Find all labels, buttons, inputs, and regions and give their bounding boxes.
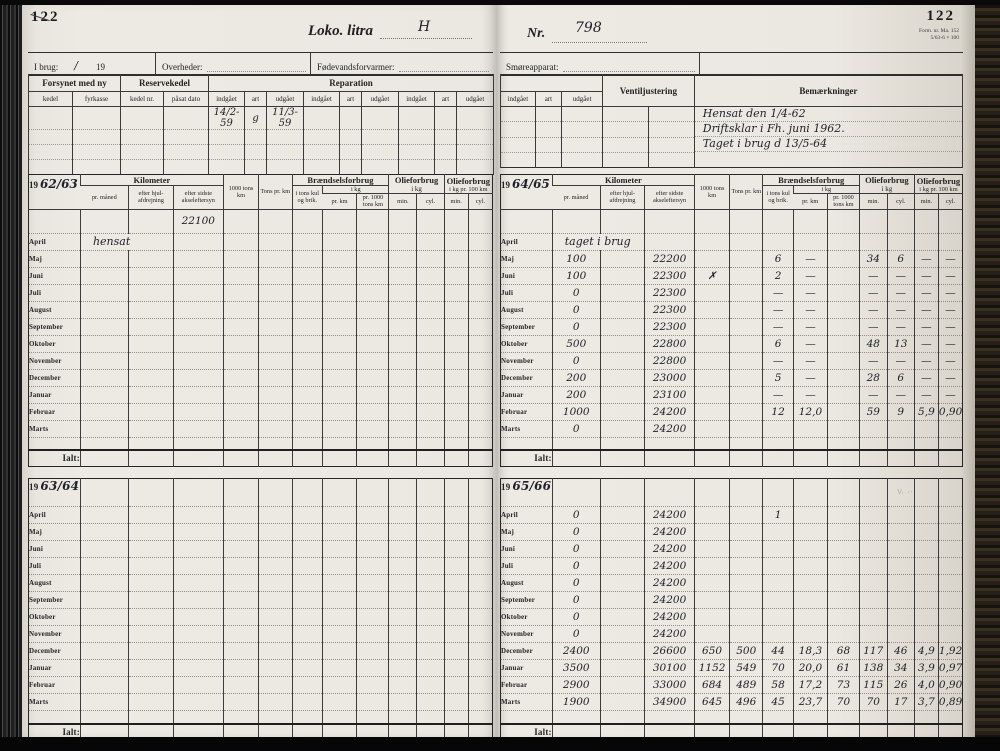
value-cell: [468, 335, 492, 352]
value-cell: [914, 609, 938, 626]
value-cell: 1900: [552, 694, 600, 711]
empty-cell: [362, 107, 399, 130]
value-cell: [129, 507, 174, 524]
value-cell: [323, 524, 357, 541]
value-cell: 59: [859, 403, 887, 420]
value-cell: [444, 609, 468, 626]
value-cell: [223, 643, 258, 660]
value-cell: 489: [730, 677, 763, 694]
value-cell: [389, 575, 417, 592]
repair-table-left: Forsynet med ny Reservekedel Reparation …: [28, 74, 493, 168]
value-cell: [730, 233, 763, 250]
value-cell: [417, 626, 444, 643]
smoreapparat-cell: Smøreapparat:: [500, 53, 700, 75]
empty-cell: [730, 711, 763, 724]
value-cell: [444, 450, 468, 466]
value-cell: [259, 592, 292, 609]
empty-cell: [292, 479, 323, 507]
month-label: Februar: [29, 677, 81, 694]
value-cell: [695, 420, 730, 437]
nr-label: Nr.: [527, 26, 545, 42]
value-cell: [292, 403, 323, 420]
value-cell: [292, 386, 323, 403]
value-cell: 70: [828, 694, 860, 711]
value-cell: [323, 233, 357, 250]
value-cell: [468, 558, 492, 575]
value-cell: [600, 575, 644, 592]
table-row: November024200: [501, 626, 963, 643]
repair-udgaet-value: 11/3-59: [267, 107, 304, 130]
value-cell: [793, 592, 827, 609]
remark-line: Taget i brug d 13/5-64: [695, 137, 962, 152]
year-prefix: 19: [501, 482, 510, 492]
form-number: Form. nr. Ma. 152 5/63-6 × 100: [919, 28, 959, 42]
value-cell: [323, 643, 357, 660]
value-cell: 45: [763, 694, 793, 711]
value-cell: [389, 694, 417, 711]
value-cell: [292, 609, 323, 626]
empty-cell: [645, 437, 695, 450]
remarks-cell: Hensat den 1/4-62 Driftsklar i Fh. juni …: [694, 107, 962, 168]
value-cell: [417, 267, 444, 284]
value-cell: [357, 626, 389, 643]
value-cell: 46: [887, 643, 914, 660]
empty-cell: [389, 437, 417, 450]
value-cell: [444, 592, 468, 609]
scan-edge-bottom: [0, 737, 1000, 751]
value-cell: [695, 575, 730, 592]
value-cell: [129, 386, 174, 403]
value-cell: [468, 660, 492, 677]
min-header: min.: [444, 194, 468, 209]
value-cell: [417, 250, 444, 267]
kedel-nr-label: kedel nr.: [121, 92, 164, 107]
table-row: Juni: [29, 267, 493, 284]
value-cell: [859, 450, 887, 466]
kilometer-header: Kilometer: [552, 175, 694, 186]
empty-cell: [828, 437, 860, 450]
value-cell: [80, 626, 128, 643]
value-cell: 100: [552, 250, 600, 267]
indgaet-label: indgået: [209, 92, 245, 107]
value-cell: [357, 450, 389, 466]
usage-table-wrap: 1962/63 Kilometer 1000 tons km Tons pr. …: [28, 174, 493, 467]
value-cell: [223, 660, 258, 677]
value-cell: [223, 541, 258, 558]
braendsel-header: Brændselsforbrug: [763, 175, 860, 186]
efter-hjul-header: efter hjul-afdrejning: [600, 186, 644, 210]
value-cell: [938, 524, 962, 541]
table-row: Oktober: [29, 335, 493, 352]
value-cell: [417, 558, 444, 575]
value-cell: [444, 524, 468, 541]
value-cell: [357, 233, 389, 250]
value-cell: 2400: [552, 643, 600, 660]
value-cell: [80, 609, 128, 626]
value-cell: [259, 694, 292, 711]
value-cell: 22800: [645, 352, 695, 369]
month-label: Februar: [29, 403, 81, 420]
value-cell: [389, 626, 417, 643]
value-cell: [357, 524, 389, 541]
empty-cell: [914, 437, 938, 450]
value-cell: [859, 609, 887, 626]
cyl-header: cyl.: [417, 194, 444, 209]
value-cell: 0,89: [938, 694, 962, 711]
value-cell: [323, 558, 357, 575]
value-cell: [129, 318, 174, 335]
empty-cell: [763, 479, 793, 507]
month-cell: [29, 437, 81, 450]
value-cell: [695, 335, 730, 352]
value-cell: 13: [887, 335, 914, 352]
table-row: [501, 437, 963, 450]
usage-table-1965-66: 1965/66April0242001Maj024200Juni024200Ju…: [500, 478, 963, 740]
month-label: Maj: [29, 524, 81, 541]
value-cell: [389, 592, 417, 609]
value-cell: 6: [887, 250, 914, 267]
art-label: art: [535, 92, 562, 107]
value-cell: [223, 694, 258, 711]
value-cell: [417, 524, 444, 541]
empty-cell: [323, 711, 357, 724]
month-label: Marts: [29, 694, 81, 711]
value-cell: [938, 450, 962, 466]
value-cell: [80, 541, 128, 558]
fyrkasse-label: fyrkasse: [73, 92, 121, 107]
value-cell: [828, 450, 860, 466]
value-cell: [292, 524, 323, 541]
value-cell: [444, 660, 468, 677]
value-cell: [357, 403, 389, 420]
empty-cell: [552, 437, 600, 450]
value-cell: [695, 318, 730, 335]
value-cell: [417, 386, 444, 403]
value-cell: [828, 558, 860, 575]
value-cell: [292, 369, 323, 386]
value-cell: [80, 403, 128, 420]
value-cell: [129, 626, 174, 643]
empty-cell: [129, 711, 174, 724]
value-cell: [914, 450, 938, 466]
value-cell: [259, 403, 292, 420]
value-cell: [389, 660, 417, 677]
value-cell: 2: [763, 267, 793, 284]
value-cell: [173, 541, 223, 558]
value-cell: [887, 507, 914, 524]
value-cell: [389, 369, 417, 386]
empty-cell: [444, 479, 468, 507]
value-cell: [938, 558, 962, 575]
table-row: Maj: [29, 250, 493, 267]
i-brug-year: 19: [96, 62, 105, 72]
value-cell: [793, 524, 827, 541]
value-cell: [259, 558, 292, 575]
value-cell: [292, 250, 323, 267]
value-cell: [389, 233, 417, 250]
value-cell: 100: [552, 267, 600, 284]
value-cell: [259, 524, 292, 541]
value-cell: 6: [887, 369, 914, 386]
value-cell: [259, 677, 292, 694]
value-cell: 1000: [552, 403, 600, 420]
value-cell: 1,92: [938, 643, 962, 660]
braendsel-header: Brændselsforbrug: [292, 175, 389, 186]
value-cell: —: [914, 318, 938, 335]
value-cell: —: [763, 318, 793, 335]
value-cell: [914, 209, 938, 233]
value-cell: [468, 541, 492, 558]
empty-cell: [417, 479, 444, 507]
empty-cell: [859, 437, 887, 450]
value-cell: [468, 507, 492, 524]
value-cell: 0: [552, 609, 600, 626]
table-row: Januar35003010011525497020,061138343,90,…: [501, 660, 963, 677]
value-cell: [417, 507, 444, 524]
value-cell: [763, 592, 793, 609]
empty-cell: [129, 437, 174, 450]
value-cell: [223, 450, 258, 466]
value-cell: 5,9: [914, 403, 938, 420]
value-cell: [914, 233, 938, 250]
value-cell: [223, 284, 258, 301]
value-cell: [259, 643, 292, 660]
value-cell: [389, 301, 417, 318]
empty-cell: [389, 479, 417, 507]
table-row: November: [29, 626, 493, 643]
value-cell: [223, 352, 258, 369]
value-cell: 23100: [645, 386, 695, 403]
table-row: August: [29, 575, 493, 592]
value-cell: [80, 575, 128, 592]
month-label: April: [29, 233, 81, 250]
value-cell: [730, 250, 763, 267]
value-cell: [763, 626, 793, 643]
value-cell: ✗: [695, 267, 730, 284]
dotted-line: [207, 61, 306, 72]
value-cell: [357, 267, 389, 284]
value-cell: [173, 301, 223, 318]
tonsprkm-header: Tons pr. km: [730, 175, 763, 210]
value-cell: [600, 335, 644, 352]
value-cell: [645, 209, 695, 233]
value-cell: [292, 420, 323, 437]
value-cell: [173, 352, 223, 369]
value-cell: [389, 541, 417, 558]
value-cell: [468, 420, 492, 437]
value-cell: [223, 233, 258, 250]
value-cell: [292, 694, 323, 711]
value-cell: [444, 507, 468, 524]
value-cell: [259, 541, 292, 558]
empty-cell: [73, 107, 121, 130]
value-cell: [173, 420, 223, 437]
empty-cell: [444, 711, 468, 724]
handwritten-note: taget i brug: [552, 233, 644, 250]
month-label: Juni: [501, 267, 553, 284]
empty-cell: [435, 107, 457, 130]
empty-cell: [357, 437, 389, 450]
value-cell: —: [859, 318, 887, 335]
value-cell: —: [914, 335, 938, 352]
value-cell: [828, 284, 860, 301]
handwritten-note: hensat: [80, 233, 173, 250]
value-cell: [600, 626, 644, 643]
value-cell: [938, 592, 962, 609]
usage-table-wrap: 1963/64AprilMajJuniJuliAugustSeptemberOk…: [28, 478, 493, 740]
value-cell: [600, 209, 644, 233]
repair-table-continuation: Ventiljustering Bemærkninger indgået art…: [500, 74, 963, 168]
bemaerkninger-header: Bemærkninger: [694, 75, 962, 107]
empty-cell: [223, 479, 258, 507]
value-cell: [695, 250, 730, 267]
table-row: December200230005—286——: [501, 369, 963, 386]
value-cell: [323, 301, 357, 318]
value-cell: 24200: [645, 609, 695, 626]
value-cell: 24200: [645, 524, 695, 541]
value-cell: [292, 209, 323, 233]
nr-value: 798: [575, 20, 602, 36]
value-cell: 23,7: [793, 694, 827, 711]
art-label: art: [435, 92, 457, 107]
value-cell: [695, 450, 730, 466]
value-cell: 26: [887, 677, 914, 694]
month-label: Marts: [29, 420, 81, 437]
repair-table: Forsynet med ny Reservekedel Reparation …: [28, 74, 494, 175]
olie-100-header: Olieforbrug i kg pr. 100 km: [914, 175, 962, 194]
empty-cell: [763, 437, 793, 450]
value-cell: 20,0: [793, 660, 827, 677]
value-cell: [80, 420, 128, 437]
empty-cell: [129, 479, 174, 507]
value-cell: [173, 369, 223, 386]
value-cell: [730, 209, 763, 233]
empty-cell: [121, 107, 164, 130]
value-cell: [468, 524, 492, 541]
loko-litra-label: Loko. litra: [308, 23, 373, 40]
value-cell: [323, 352, 357, 369]
indgaet-label: indgået: [399, 92, 435, 107]
table-row: November: [29, 352, 493, 369]
month-label: December: [501, 369, 553, 386]
table-row: Marts1900349006454964523,77070173,70,89: [501, 694, 963, 711]
value-cell: [417, 284, 444, 301]
value-cell: [695, 352, 730, 369]
value-cell: —: [938, 318, 962, 335]
value-cell: [323, 318, 357, 335]
min-header: min.: [859, 194, 887, 209]
value-cell: [259, 609, 292, 626]
value-cell: [389, 267, 417, 284]
value-cell: [828, 507, 860, 524]
value-cell: —: [914, 386, 938, 403]
value-cell: [914, 575, 938, 592]
value-cell: [389, 284, 417, 301]
value-cell: [828, 318, 860, 335]
value-cell: [645, 450, 695, 466]
value-cell: [292, 507, 323, 524]
value-cell: 22300: [645, 267, 695, 284]
value-cell: 22200: [645, 250, 695, 267]
value-cell: [259, 660, 292, 677]
value-cell: [695, 626, 730, 643]
value-cell: [695, 592, 730, 609]
value-cell: [292, 626, 323, 643]
remark-line: Driftsklar i Fh. juni 1962.: [695, 122, 962, 137]
empty-cell: [357, 711, 389, 724]
value-cell: [292, 450, 323, 466]
empty-cell: [562, 107, 603, 122]
value-cell: [173, 575, 223, 592]
value-cell: 70: [859, 694, 887, 711]
value-cell: [938, 233, 962, 250]
olie-kg-line2: i kg: [860, 185, 914, 193]
table-row: December: [29, 369, 493, 386]
value-cell: [887, 575, 914, 592]
table-row: Marts: [29, 694, 493, 711]
table-row: Oktober024200: [501, 609, 963, 626]
value-cell: 0: [552, 626, 600, 643]
remark-line: [695, 152, 962, 167]
value-cell: —: [938, 301, 962, 318]
value-cell: [730, 541, 763, 558]
value-cell: [600, 677, 644, 694]
forsynet-header: Forsynet med ny: [29, 75, 121, 92]
value-cell: [129, 575, 174, 592]
table-row: April: [29, 507, 493, 524]
empty-cell: [600, 437, 644, 450]
value-cell: 24200: [645, 575, 695, 592]
value-cell: —: [763, 284, 793, 301]
value-cell: [323, 284, 357, 301]
month-label: Marts: [501, 694, 553, 711]
value-cell: [695, 369, 730, 386]
empty-cell: [887, 437, 914, 450]
table-row: Aprilhensat: [29, 233, 493, 250]
value-cell: [938, 575, 962, 592]
value-cell: 0,97: [938, 660, 962, 677]
art-label: art: [340, 92, 362, 107]
value-cell: [859, 209, 887, 233]
empty-cell: [323, 479, 357, 507]
value-cell: [828, 575, 860, 592]
fodevand-cell: Fødevandsforvarmer:: [311, 53, 493, 75]
olie-100-line1: Olieforbrug: [915, 176, 962, 186]
value-cell: 12: [763, 403, 793, 420]
usage-table-1962-63: 1962/63 Kilometer 1000 tons km Tons pr. …: [28, 174, 493, 467]
value-cell: [259, 575, 292, 592]
value-cell: [468, 386, 492, 403]
value-cell: [695, 403, 730, 420]
value-cell: [417, 420, 444, 437]
value-cell: [80, 507, 128, 524]
month-cell: [501, 711, 553, 724]
month-label: Oktober: [501, 609, 553, 626]
empty-cell: [417, 437, 444, 450]
table-row: Ialt:: [29, 450, 493, 466]
value-cell: 24200: [645, 592, 695, 609]
value-cell: 68: [828, 643, 860, 660]
value-cell: [468, 643, 492, 660]
month-label: April: [29, 507, 81, 524]
value-cell: [323, 267, 357, 284]
value-cell: [80, 450, 128, 466]
value-cell: [80, 267, 128, 284]
value-cell: [389, 677, 417, 694]
value-cell: —: [887, 386, 914, 403]
empty-cell: [648, 107, 694, 122]
value-cell: [914, 592, 938, 609]
